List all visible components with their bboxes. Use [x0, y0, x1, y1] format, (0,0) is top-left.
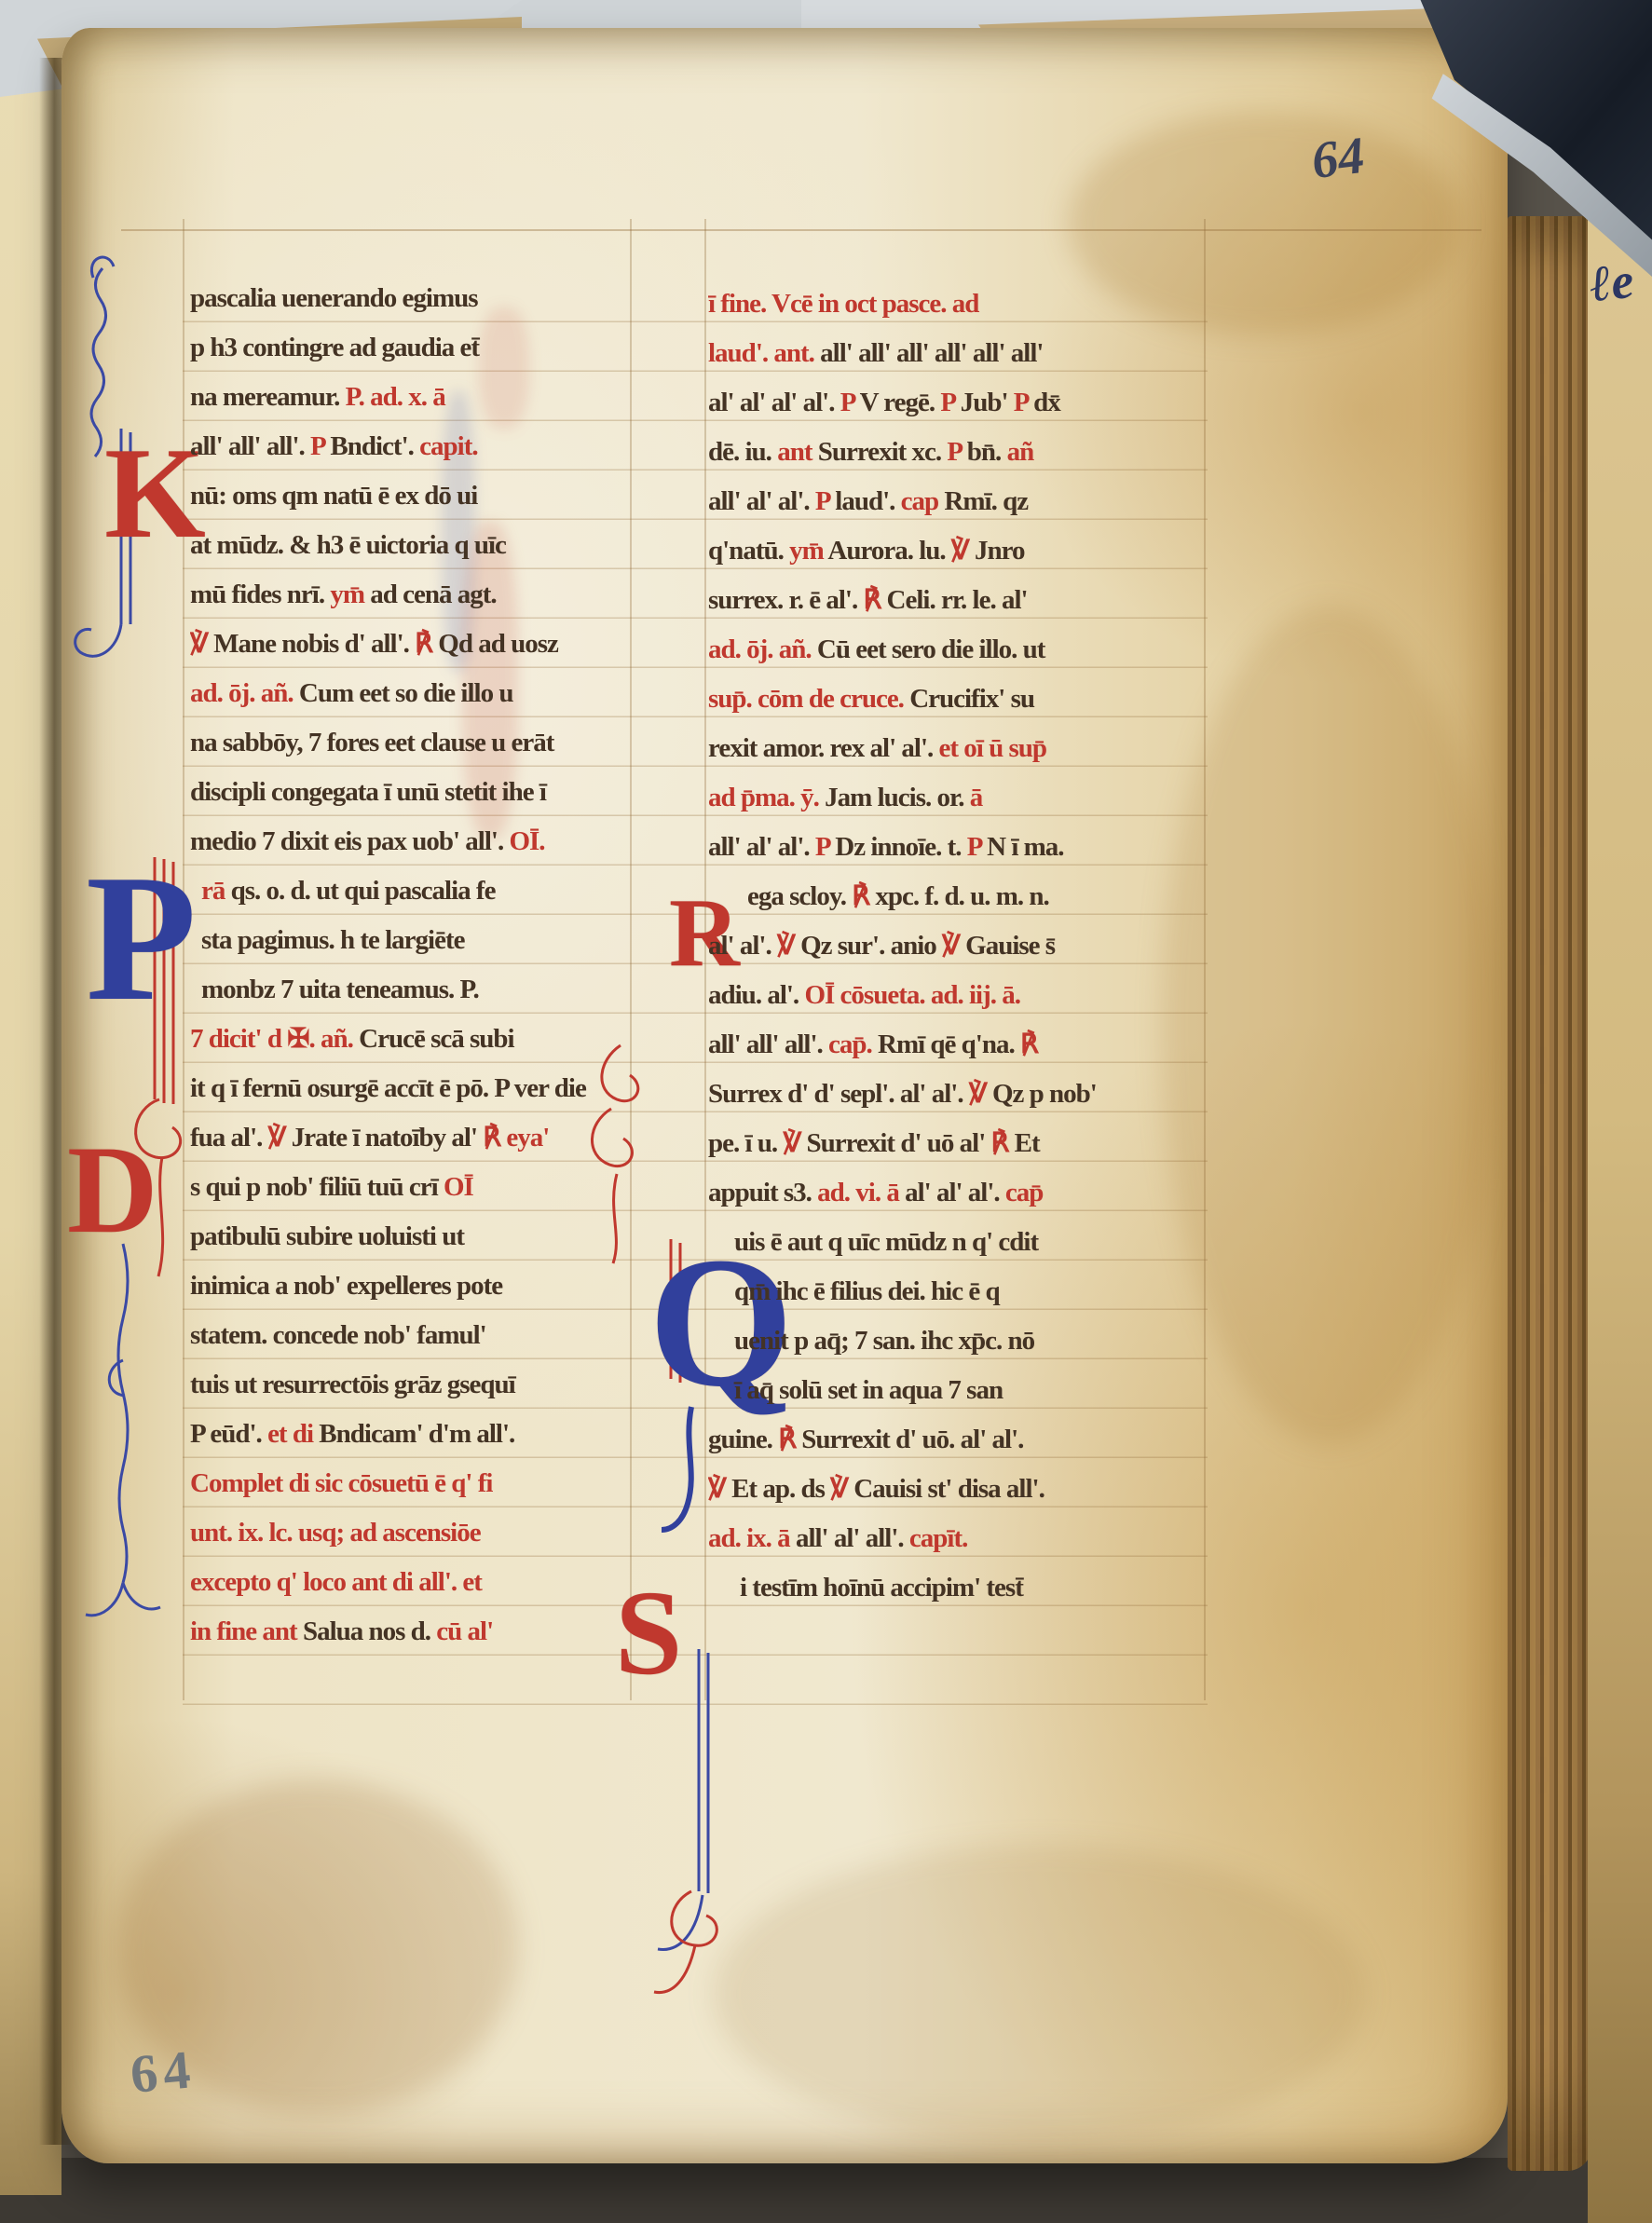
text-segment: adiu. al'. — [708, 980, 804, 1010]
text-line: in fine ant Salua nos d. cū al' — [190, 1607, 661, 1657]
text-segment: et di — [267, 1419, 319, 1449]
text-segment: Qd ad uosz — [438, 629, 558, 659]
book-fore-edge — [1508, 216, 1591, 2171]
text-segment: uenit p aq̄; 7 san. ihc xp̄c. nō — [734, 1326, 1034, 1356]
text-line: all' all' all'. cap̄. Rmī qē q'na. ℟ — [708, 1020, 1216, 1070]
text-segment: all' al' all'. — [796, 1523, 909, 1553]
text-line: rā qs. o. d. ut qui pascalia fe — [190, 866, 661, 916]
text-segment: dē. iu. — [708, 437, 777, 467]
text-segment: ℣ — [830, 1474, 853, 1504]
text-segment: fua al'. — [190, 1123, 268, 1152]
text-segment: mū fides nrī. — [190, 580, 330, 609]
text-segment: Celi. rr. le. al' — [887, 585, 1028, 615]
text-segment: ym̄ — [789, 536, 827, 566]
text-segment: sup̄. cōm de cruce. — [708, 684, 909, 714]
text-segment: ā — [970, 783, 983, 812]
text-segment: Gauise s̄ — [965, 931, 1055, 961]
text-segment: cap̄ — [1005, 1178, 1044, 1207]
text-segment: laud'. — [835, 486, 900, 516]
text-segment: P — [815, 486, 835, 516]
text-segment: ℣ — [190, 629, 213, 659]
text-segment: ī aq̄ solū set in aqua 7 san — [734, 1375, 1003, 1405]
text-segment: excepto q' loco ant di all'. et — [190, 1567, 482, 1597]
text-segment: ℟ — [778, 1425, 801, 1454]
text-segment: all' all' all'. — [708, 1030, 828, 1059]
text-segment: Jrate ī natoīby al' — [292, 1123, 484, 1152]
text-line: na mereamur. P. ad. x. ā — [190, 373, 661, 422]
text-segment: ym̄ — [330, 580, 370, 609]
text-segment: al' al' al' al'. — [708, 388, 840, 417]
text-line: mū fides nrī. ym̄ ad cenā agt. — [190, 570, 661, 620]
text-line: surrex. r. ē al'. ℟ Celi. rr. le. al' — [708, 576, 1216, 625]
text-segment: 7 dicit' d ✠. añ. — [190, 1024, 359, 1054]
text-segment: pe. ī u. — [708, 1128, 783, 1158]
text-segment: ℣ — [969, 1079, 992, 1109]
text-segment: pascalia uenerando egimus — [190, 283, 478, 313]
text-segment: Jub' — [961, 388, 1014, 417]
text-line: at mūdz. & h3 ē uictoria q uīc — [190, 521, 661, 570]
text-segment: P — [310, 431, 330, 461]
text-line: sta pagimus. h te largiēte — [190, 916, 661, 965]
text-segment: Et ap. ds — [731, 1474, 830, 1504]
text-line: q'natū. ym̄ Aurora. lu. ℣ Jnro — [708, 526, 1216, 576]
folio-number-top: 64 — [1308, 126, 1367, 191]
text-segment: Et — [1015, 1128, 1040, 1158]
text-line: statem. concede nob' famul' — [190, 1311, 661, 1360]
text-segment: dx̄ — [1033, 388, 1060, 417]
text-segment: Surrexit xc. — [818, 437, 948, 467]
text-segment: in fine ant — [190, 1616, 303, 1646]
text-line: al' al'. ℣ Qz sur'. anio ℣ Gauise s̄ — [708, 921, 1216, 971]
text-segment: P — [815, 832, 835, 862]
text-segment: qm̄ ihc ē filius dei. hic ē q — [734, 1276, 1000, 1306]
text-line: al' al' al' al'. P V regē. P Jub' P dx̄ — [708, 378, 1216, 428]
text-segment: Cum eet so die illo u — [299, 678, 513, 708]
text-line: patibulū subire uoluisti ut — [190, 1212, 661, 1262]
text-line: Complet di sic cōsuetū ē q' fi — [190, 1459, 661, 1508]
text-line: s qui p nob' filiū tuū crī OĪ — [190, 1163, 661, 1212]
text-segment: Crucifix' su — [909, 684, 1034, 714]
text-segment: Salua nos d. — [303, 1616, 436, 1646]
text-segment: capit. — [419, 431, 477, 461]
text-segment: medio 7 dixit eis pax uob' all'. — [190, 826, 509, 856]
text-segment: ad. vi. ā — [817, 1178, 905, 1207]
text-segment: Jam lucis. or. — [825, 783, 970, 812]
text-segment: all' all' all'. — [190, 431, 310, 461]
text-segment: guine. — [708, 1425, 778, 1454]
text-segment: laud'. ant. — [708, 338, 820, 368]
text-line: ad. ōj. añ. Cum eet so die illo u — [190, 669, 661, 718]
text-segment: Surrexit d' uō. al' al'. — [801, 1425, 1023, 1454]
text-segment: bn̄. — [967, 437, 1007, 467]
text-line: ℣ Et ap. ds ℣ Cauisi st' disa all'. — [708, 1465, 1216, 1514]
text-line: monbz 7 uita teneamus. P. — [190, 965, 661, 1015]
text-segment: Crucē scā subi — [359, 1024, 513, 1054]
text-segment: ega scloy. — [747, 881, 852, 911]
text-segment: rā — [201, 876, 231, 906]
text-line: ī fine. Vcē in oct pasce. ad — [708, 280, 1216, 329]
text-segment: Jnro — [975, 536, 1024, 566]
text-segment: añ — [1007, 437, 1034, 467]
manuscript-page: K P D R Q S pascalia uenerando egimusp h… — [61, 28, 1508, 2163]
text-segment: Cū eet sero die illo. ut — [817, 634, 1045, 664]
text-segment: P — [940, 388, 960, 417]
text-line: all' al' al'. P laud'. cap Rmī. qz — [708, 477, 1216, 526]
text-segment: OĪ. — [509, 826, 544, 856]
text-segment: inimica a nob' expelleres pote — [190, 1271, 502, 1301]
text-line: qm̄ ihc ē filius dei. hic ē q — [708, 1267, 1216, 1316]
text-line: guine. ℟ Surrexit d' uō. al' al'. — [708, 1415, 1216, 1465]
text-line: ad. ōj. añ. Cū eet sero die illo. ut — [708, 625, 1216, 675]
text-segment: Aurora. lu. — [827, 536, 950, 566]
text-line: sup̄. cōm de cruce. Crucifix' su — [708, 675, 1216, 724]
text-segment: na mereamur. — [190, 382, 346, 412]
text-segment: N ī ma. — [987, 832, 1063, 862]
text-segment: al' al'. — [708, 931, 777, 961]
text-segment: statem. concede nob' famul' — [190, 1320, 486, 1350]
text-line: pascalia uenerando egimus — [190, 274, 661, 323]
text-column-left: pascalia uenerando egimusp h3 contingre … — [190, 274, 661, 1657]
table-shadow — [0, 2158, 1652, 2223]
text-line: P eūd'. et di Bndicam' d'm all'. — [190, 1410, 661, 1459]
text-line: nū: oms qm natū ē ex dō ui — [190, 471, 661, 521]
text-segment: P — [967, 832, 987, 862]
text-line: uis ē aut q uīc mūdz n q' cdit — [708, 1218, 1216, 1267]
text-segment: xpc. f. d. u. m. n. — [875, 881, 1048, 911]
text-segment: cū al' — [436, 1616, 493, 1646]
text-segment: V regē. — [860, 388, 941, 417]
text-segment: unt. ix. lc. usq; ad ascensiōe — [190, 1518, 481, 1548]
text-line: it q ī fernū osurgē accīt ē pō. P ver di… — [190, 1064, 661, 1113]
text-segment: capīt. — [909, 1523, 967, 1553]
text-segment: Cauisi st' disa all'. — [853, 1474, 1044, 1504]
text-segment: ℣ — [777, 931, 800, 961]
text-segment: ī fine. Vcē in oct pasce. ad — [708, 289, 978, 319]
text-segment: ℣ — [708, 1474, 731, 1504]
text-line: ad. ix. ā all' al' all'. capīt. — [708, 1514, 1216, 1563]
text-segment: cap — [901, 486, 945, 516]
text-line: Surrex d' d' sepl'. al' al'. ℣ Qz p nob' — [708, 1070, 1216, 1119]
manuscript-photo: K P D R Q S pascalia uenerando egimusp h… — [0, 0, 1652, 2223]
text-line: fua al'. ℣ Jrate ī natoīby al' ℟ eya' — [190, 1113, 661, 1163]
text-segment: all' al' al'. — [708, 486, 815, 516]
text-segment: ad. ōj. añ. — [190, 678, 299, 708]
text-segment: ℣ — [783, 1128, 806, 1158]
text-column-right: ī fine. Vcē in oct pasce. adlaud'. ant. … — [708, 280, 1216, 1613]
text-segment: ℣ — [268, 1123, 292, 1152]
text-segment: ℟ — [863, 585, 886, 615]
text-line: appuit s3. ad. vi. ā al' al' al'. cap̄ — [708, 1168, 1216, 1218]
text-segment: OĪ — [444, 1172, 473, 1202]
text-line: 7 dicit' d ✠. añ. Crucē scā subi — [190, 1015, 661, 1064]
ruling-horizontal — [121, 229, 1481, 231]
text-segment: Complet di sic cōsuetū ē q' fi — [190, 1468, 492, 1498]
text-segment: it q ī fernū osurgē accīt ē pō. P ver di… — [190, 1073, 586, 1103]
text-segment: Dz innoīe. t. — [835, 832, 966, 862]
text-segment: Rmī qē q'na. — [878, 1030, 1020, 1059]
text-segment: na sabbōy, 7 fores eet clause u erāt — [190, 728, 553, 757]
text-segment: et oī ū sup̄ — [939, 733, 1047, 763]
folio-number-bottom: 64 — [128, 2038, 198, 2106]
text-segment: uis ē aut q uīc mūdz n q' cdit — [734, 1227, 1038, 1257]
text-line: unt. ix. lc. usq; ad ascensiōe — [190, 1508, 661, 1558]
text-line: p h3 contingre ad gaudia et̄ — [190, 323, 661, 373]
text-segment: all' all' all' all' all' all' — [820, 338, 1043, 368]
text-segment: surrex. r. ē al'. — [708, 585, 863, 615]
text-segment: Bndicam' d'm all'. — [319, 1419, 514, 1449]
text-line: dē. iu. ant Surrexit xc. P bn̄. añ — [708, 428, 1216, 477]
text-segment: patibulū subire uoluisti ut — [190, 1221, 464, 1251]
text-line: ad p̄ma. ȳ. Jam lucis. or. ā — [708, 773, 1216, 823]
text-line: ℣ Mane nobis d' all'. ℟ Qd ad uosz — [190, 620, 661, 669]
text-line: excepto q' loco ant di all'. et — [190, 1558, 661, 1607]
decorated-initial-P: P — [86, 848, 197, 1030]
edge-ink-mark: ℓe — [1587, 252, 1636, 314]
text-line: ī aq̄ solū set in aqua 7 san — [708, 1366, 1216, 1415]
text-segment: at mūdz. & h3 ē uictoria q uīc — [190, 530, 506, 560]
text-line: adiu. al'. OĪ cōsueta. ad. iij. ā. — [708, 971, 1216, 1020]
parchment-stain — [714, 1845, 1366, 2143]
text-segment: Rmī. qz — [944, 486, 1028, 516]
text-segment: ad cenā agt. — [370, 580, 496, 609]
text-segment: sta pagimus. h te largiēte — [201, 925, 465, 955]
text-segment: Surrexit d' uō al' — [807, 1128, 991, 1158]
text-segment: monbz 7 uita teneamus. P. — [201, 975, 479, 1004]
text-line: discipli congegata ī unū stetit ihe ī — [190, 768, 661, 817]
text-segment: ℣ — [942, 931, 965, 961]
text-segment: Bndict'. — [330, 431, 419, 461]
decorated-initial-D: D — [67, 1127, 158, 1253]
text-segment: ℟ — [415, 629, 438, 659]
text-line: inimica a nob' expelleres pote — [190, 1262, 661, 1311]
text-segment: rexit amor. rex al' al'. — [708, 733, 939, 763]
text-segment: Qz p nob' — [992, 1079, 1097, 1109]
text-segment: OĪ cōsueta. ad. iij. ā. — [804, 980, 1020, 1010]
text-segment: Mane nobis d' all'. — [213, 629, 415, 659]
text-segment: al' al' al'. — [905, 1178, 1005, 1207]
text-segment: ad. ōj. añ. — [708, 634, 817, 664]
text-segment: P — [1014, 388, 1033, 417]
text-line: ega scloy. ℟ xpc. f. d. u. m. n. — [708, 872, 1216, 921]
text-segment: ad. ix. ā — [708, 1523, 796, 1553]
text-segment: Surrex d' d' sepl'. al' al'. — [708, 1079, 969, 1109]
text-segment: s qui p nob' filiū tuū crī — [190, 1172, 444, 1202]
text-line: uenit p aq̄; 7 san. ihc xp̄c. nō — [708, 1316, 1216, 1366]
text-segment: cap̄. — [828, 1030, 878, 1059]
text-line: laud'. ant. all' all' all' all' all' all… — [708, 329, 1216, 378]
text-segment: P — [947, 437, 966, 467]
text-segment: appuit s3. — [708, 1178, 817, 1207]
text-segment: discipli congegata ī unū stetit ihe ī — [190, 777, 546, 807]
text-line: all' all' all'. P Bndict'. capit. — [190, 422, 661, 471]
text-segment: P — [840, 388, 860, 417]
text-line: all' al' al'. P Dz innoīe. t. P N ī ma. — [708, 823, 1216, 872]
text-segment: tuis ut resurrectōis grāz gsequī — [190, 1370, 515, 1399]
text-segment: all' al' al'. — [708, 832, 815, 862]
text-segment: Qz sur'. anio — [800, 931, 942, 961]
text-segment: ad p̄ma. ȳ. — [708, 783, 825, 812]
text-segment: ant — [777, 437, 818, 467]
page-block-edge — [1588, 209, 1652, 2223]
text-line: pe. ī u. ℣ Surrexit d' uō al' ℟ Et — [708, 1119, 1216, 1168]
text-segment: nū: oms qm natū ē ex dō ui — [190, 481, 477, 511]
text-segment: p h3 contingre ad gaudia et̄ — [190, 333, 479, 362]
text-segment: ℟ eya' — [483, 1123, 549, 1152]
text-segment: ℣ — [951, 536, 975, 566]
text-segment: P. ad. x. ā — [346, 382, 445, 412]
text-segment: qs. o. d. ut qui pascalia fe — [231, 876, 496, 906]
text-segment: q'natū. — [708, 536, 789, 566]
text-line: medio 7 dixit eis pax uob' all'. OĪ. — [190, 817, 661, 866]
text-line: tuis ut resurrectōis grāz gsequī — [190, 1360, 661, 1410]
text-segment: P eūd'. — [190, 1419, 267, 1449]
text-segment: ℟ — [991, 1128, 1015, 1158]
text-segment: ℟ — [852, 881, 875, 911]
text-line: i testīm hoīnū accipim' test̄ — [708, 1563, 1216, 1613]
text-line: na sabbōy, 7 fores eet clause u erāt — [190, 718, 661, 768]
text-segment: i testīm hoīnū accipim' test̄ — [740, 1573, 1023, 1602]
text-segment: ℟ — [1020, 1030, 1038, 1059]
text-line: rexit amor. rex al' al'. et oī ū sup̄ — [708, 724, 1216, 773]
